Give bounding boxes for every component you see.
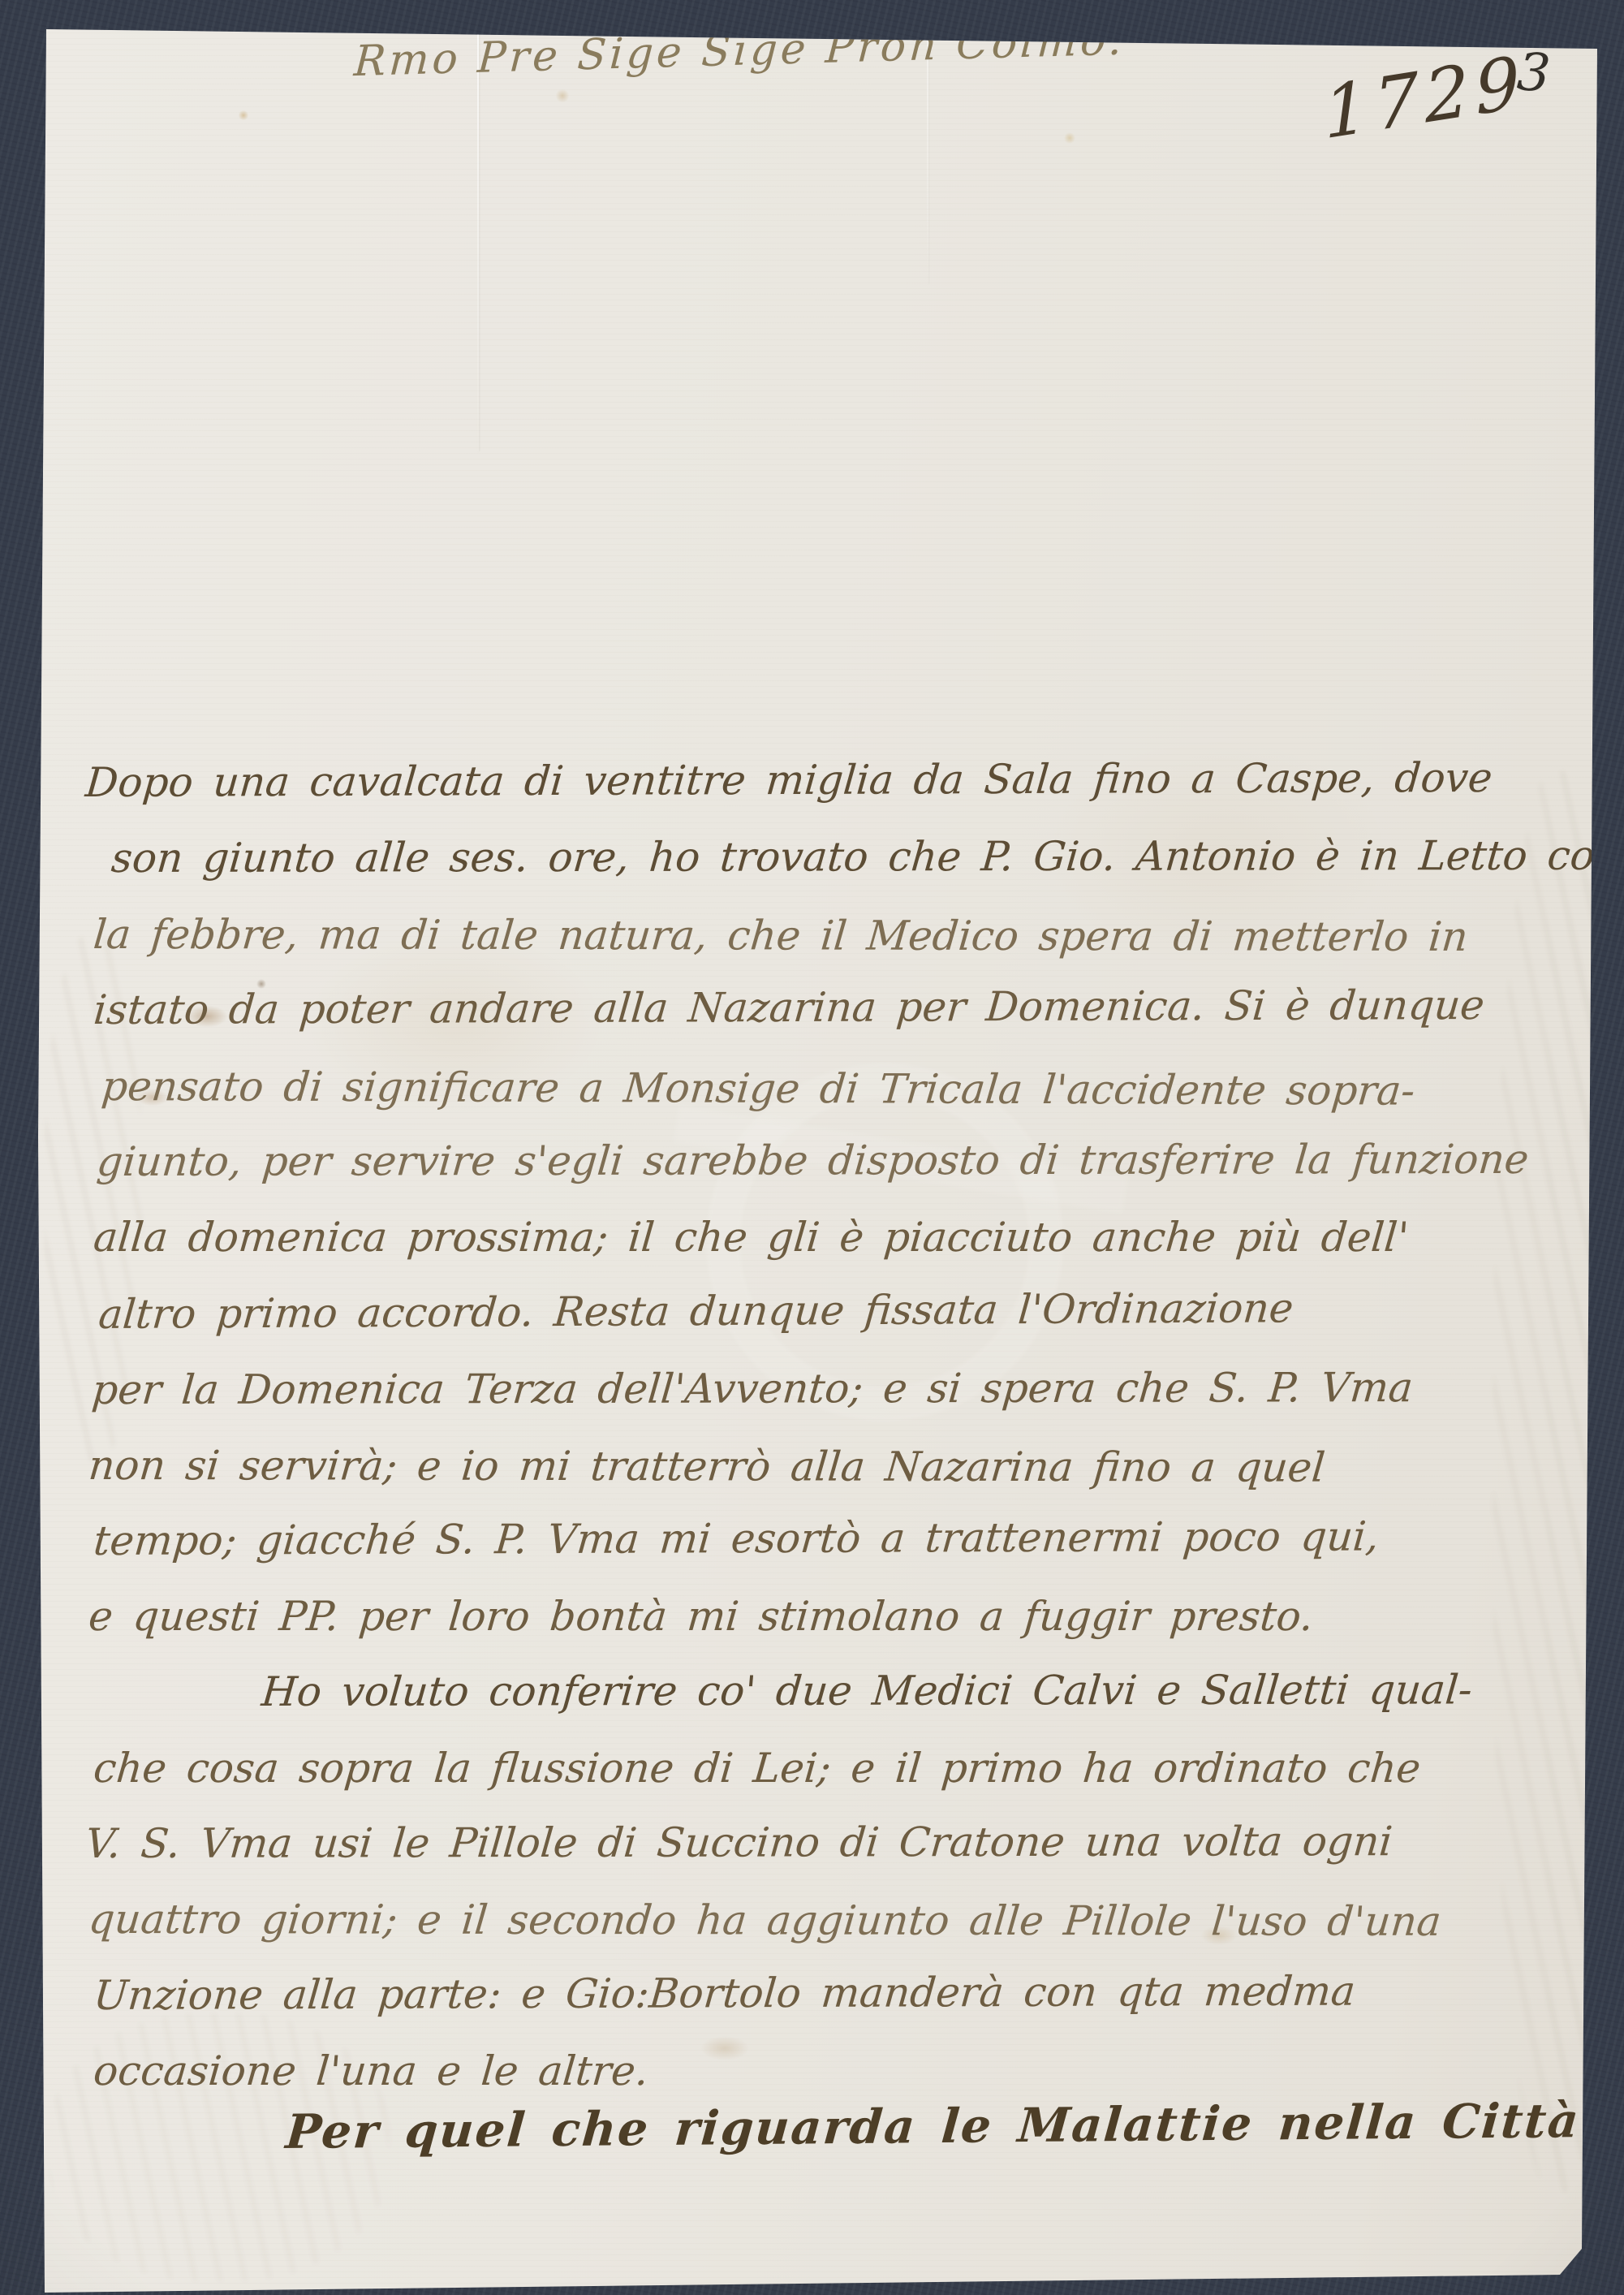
paper-crease [477,29,479,451]
letter-paper: Rmo Pre Sige Sige Pron Colmo. 1729 3 Dop… [0,0,1624,2295]
letter-body-line: e questi PP. per loro bontà mi stimolano… [87,1593,1316,1640]
letter-body-line: V. S. Vma usi le Pillole di Succino di C… [84,1818,1394,1867]
letter-body-line: occasione l'una e le altre. [92,2047,651,2094]
letter-year: 1729 [1321,40,1527,156]
letter-body-line: per la Domenica Terza dell'Avvento; e si… [90,1364,1415,1413]
letter-body-line: Dopo una cavalcata di ventitre miglia da… [84,754,1494,806]
letter-body-line: son giunto alle ses. ore, ho trovato che… [110,832,1623,882]
letter-body-line: quattro giorni; e il secondo ha aggiunto… [87,1896,1443,1945]
letter-body-line: tempo; giacché S. P. Vma mi esortò a tra… [92,1512,1381,1564]
letter-body-line: non si servirà; e io mi tratterrò alla N… [87,1442,1327,1491]
letter-body-line: che cosa sopra la flussione di Lei; e il… [92,1745,1423,1792]
letter-body-line: Per quel che riguarda le Malattie nella … [284,2091,1624,2159]
letter-salutation: Rmo Pre Sige Sige Pron Colmo. [352,15,1126,86]
letter-body-line: istato da poter andare alla Nazarina per… [92,981,1486,1033]
letter-body-line: pensato di significare a Monsige di Tric… [100,1063,1417,1115]
ink-bleed-through [1493,771,1623,2192]
page-number: 3 [1515,42,1553,105]
letter-body-line: Ho voluto conferire co' due Medici Calvi… [260,1666,1474,1715]
letter-body-line: la febbre, ma di tale natura, che il Med… [92,911,1470,960]
letter-body-line: altro primo accordo. Resta dunque fissat… [97,1284,1295,1338]
photo-stage: Rmo Pre Sige Sige Pron Colmo. 1729 3 Dop… [0,0,1624,2295]
letter-body-line: alla domenica prossima; il che gli è pia… [92,1214,1411,1261]
letter-body-line: Unzione alla parte: e Gio:Bortolo mander… [92,1968,1357,2019]
paper-crease [927,41,928,284]
letter-body-line: giunto, per servire s'egli sarebbe dispo… [95,1136,1531,1185]
